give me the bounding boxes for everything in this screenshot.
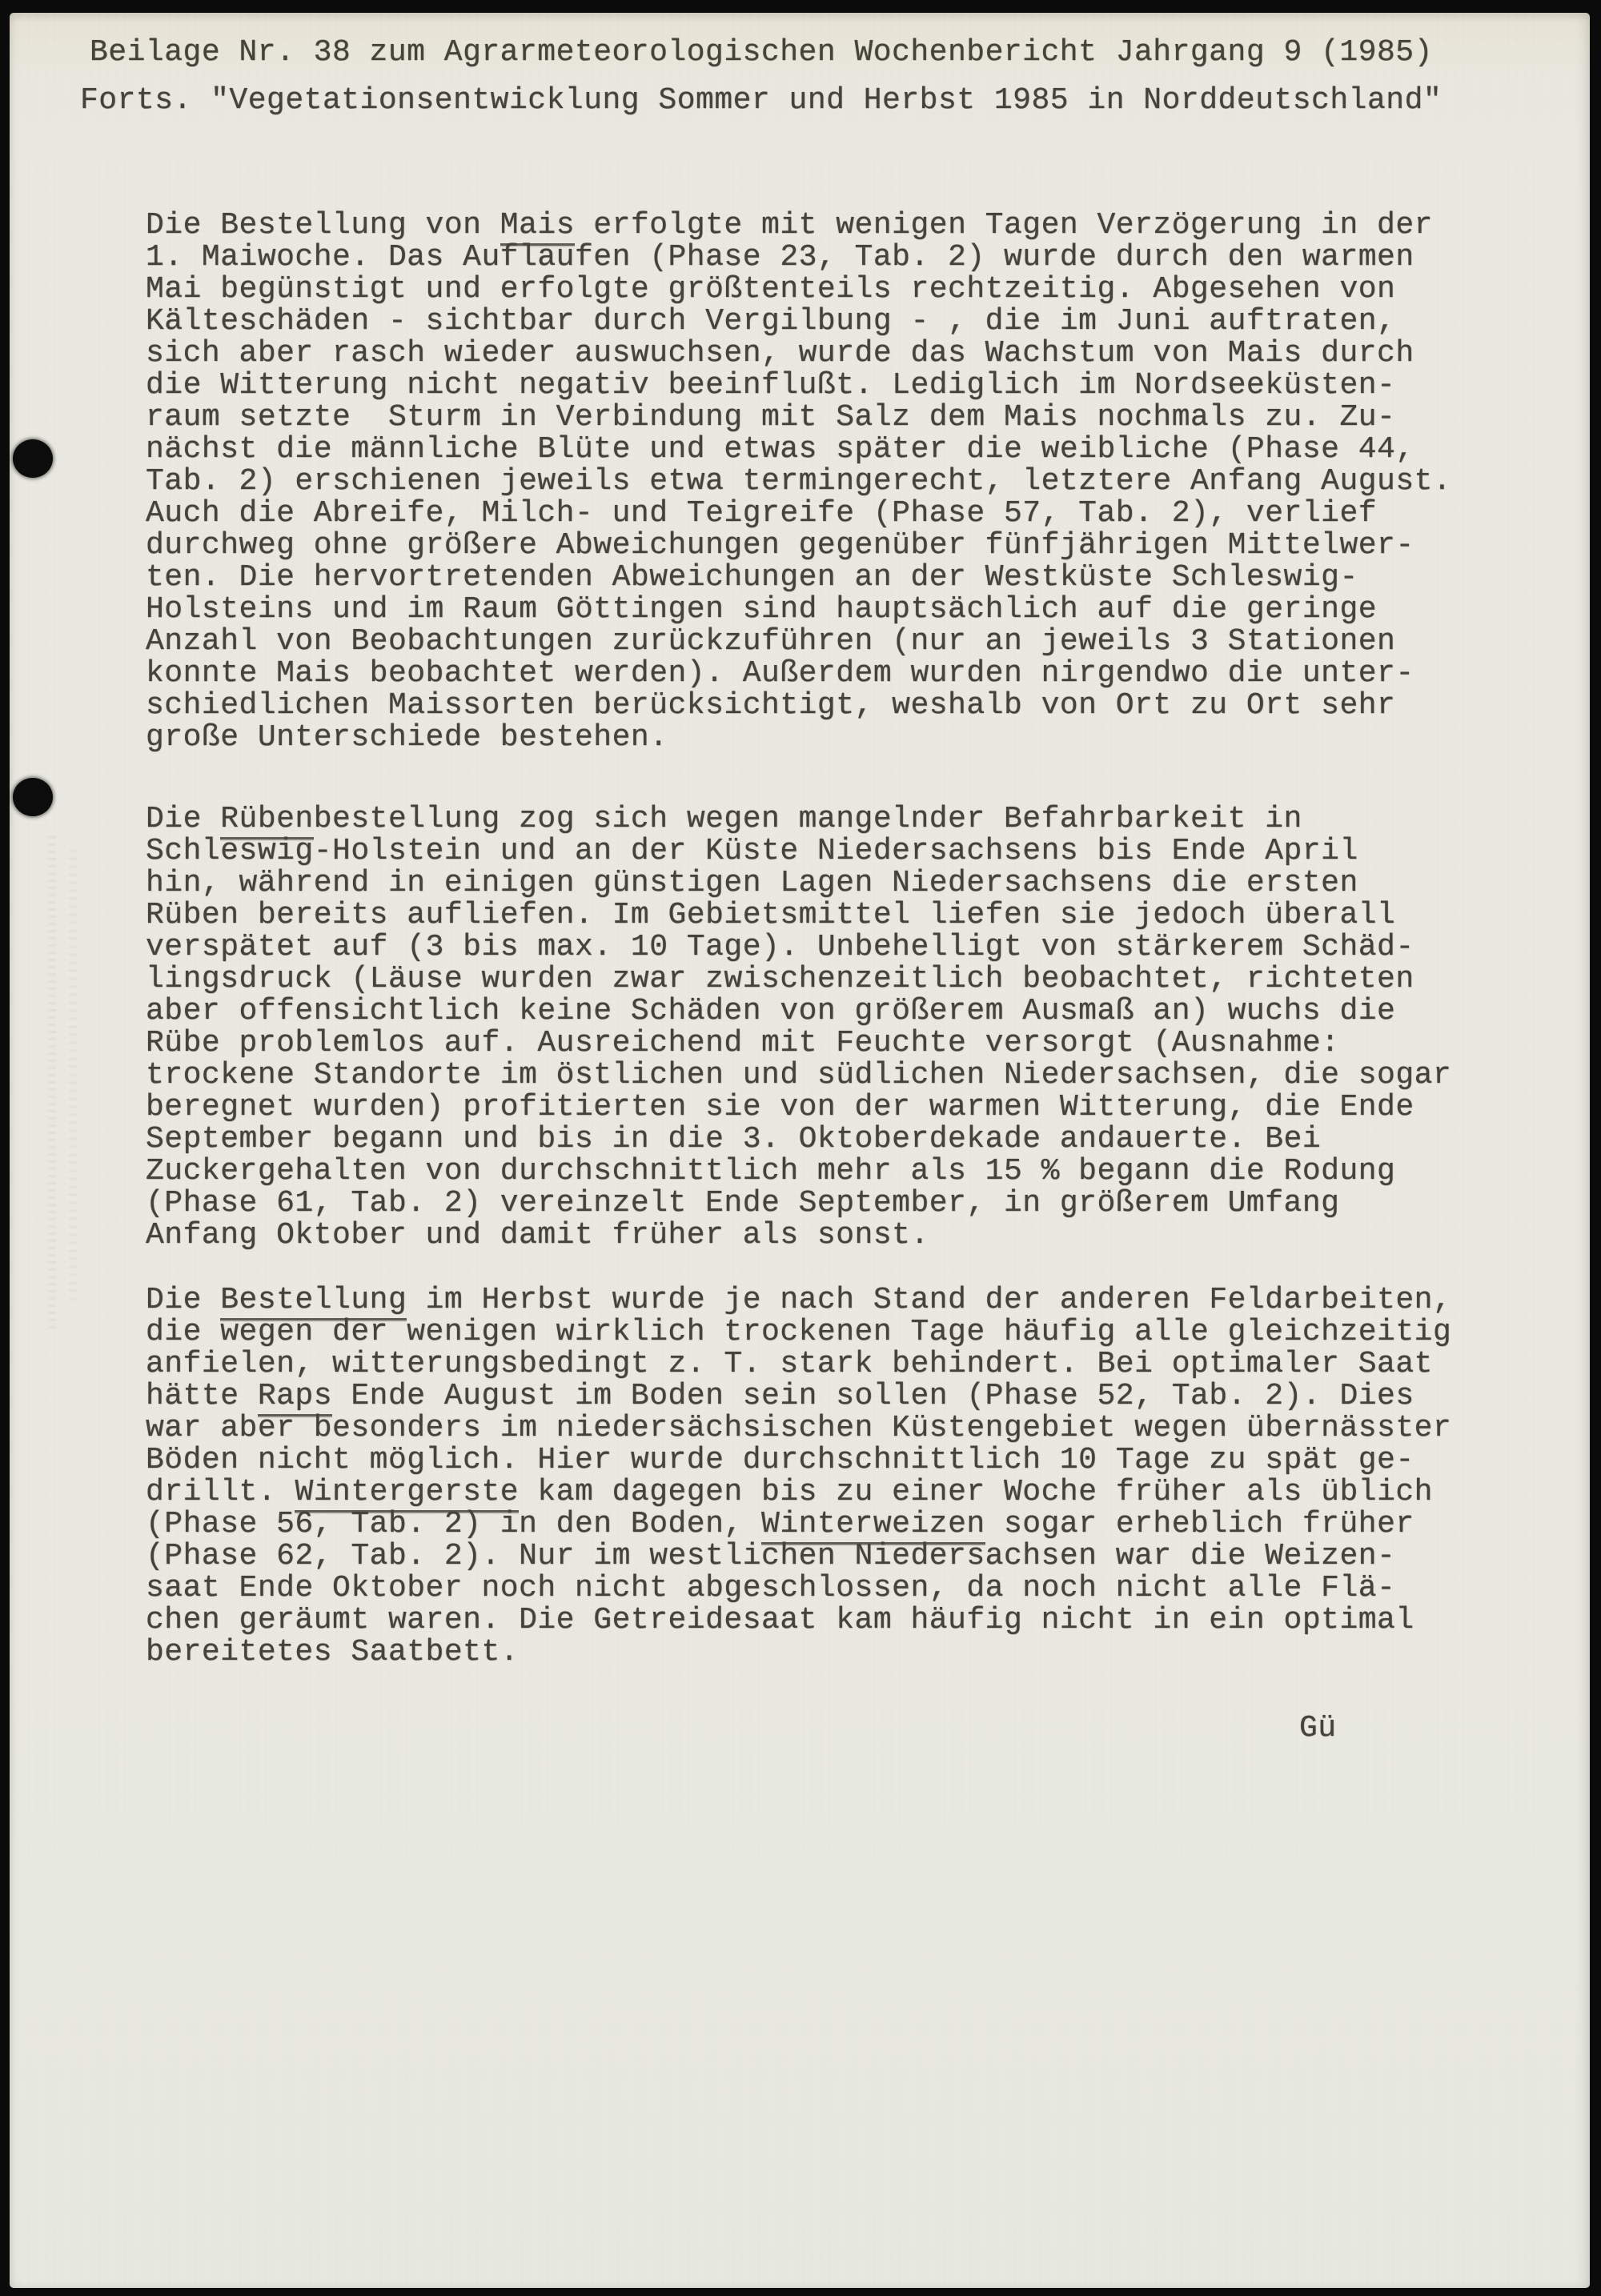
scanned-page: Beilage Nr. 38 zum Agrarmeteorologischen… [10,13,1590,2288]
text-line: Zuckergehalten von durchschnittlich mehr… [146,1156,1451,1188]
bleed-through-smudge [42,832,96,1328]
text-line: drillt. Wintergerste kam dagegen bis zu … [146,1477,1451,1509]
text-line: trockene Standorte im östlichen und südl… [146,1060,1451,1092]
text-segment: Mai begünstigt und erfolgte größtenteils… [146,272,1395,307]
text-line: Die Bestellung von Mais erfolgte mit wen… [146,210,1451,242]
text-line: chen geräumt waren. Die Getreidesaat kam… [146,1605,1451,1637]
text-segment: hin, während in einigen günstigen Lagen … [146,866,1358,900]
text-line: anfielen, witterungsbedingt z. T. stark … [146,1348,1451,1380]
text-segment: sogar erheblich früher [985,1507,1414,1541]
text-segment: Rübe problemlos auf. Ausreichend mit Feu… [146,1026,1339,1060]
text-line: die Witterung nicht negativ beeinflußt. … [146,370,1451,402]
text-segment: (Phase 56, Tab. 2) in den Boden, [146,1507,761,1541]
document-title: Beilage Nr. 38 zum Agrarmeteorologischen… [90,37,1433,69]
text-segment: trockene Standorte im östlichen und südl… [146,1058,1451,1092]
text-segment: nächst die männliche Blüte und etwas spä… [146,432,1414,467]
text-line: Anzahl von Beobachtungen zurückzuführen … [146,626,1451,658]
text-line: (Phase 62, Tab. 2). Nur im westlichen Ni… [146,1541,1451,1573]
text-line: Rüben bereits aufliefen. Im Gebietsmitte… [146,900,1451,932]
text-line: beregnet wurden) profitierten sie von de… [146,1092,1451,1124]
text-segment: Auch die Abreife, Milch- und Teigreife (… [146,496,1377,531]
paragraph: Die Bestellung im Herbst wurde je nach S… [146,1284,1451,1669]
text-segment: saat Ende Oktober noch nicht abgeschloss… [146,1571,1395,1605]
text-line: Schleswig-Holstein und an der Küste Nied… [146,835,1451,868]
text-line: große Unterschiede bestehen. [146,722,1451,754]
hole-punch-bottom [13,778,53,816]
text-line: die wegen der wenigen wirklich trockenen… [146,1316,1451,1348]
text-segment: aber offensichtlich keine Schäden von gr… [146,994,1395,1028]
text-segment: Ende August im Boden sein sollen (Phase … [332,1379,1414,1413]
text-line: schiedlichen Maissorten berücksichtigt, … [146,690,1451,722]
text-segment: erfolgte mit wenigen Tagen Verzögerung i… [575,208,1433,242]
text-line: Die Bestellung im Herbst wurde je nach S… [146,1284,1451,1316]
text-line: hin, während in einigen günstigen Lagen … [146,868,1451,900]
document-subtitle: Forts. "Vegetationsentwicklung Sommer un… [80,85,1442,117]
text-segment: große Unterschiede bestehen. [146,720,668,755]
text-segment: Die Bestellung von [146,208,500,242]
text-line: Kälteschäden - sichtbar durch Vergilbung… [146,306,1451,338]
text-line: 1. Maiwoche. Das Auflaufen (Phase 23, Ta… [146,242,1451,274]
text-line: September begann und bis in die 3. Oktob… [146,1124,1451,1156]
text-line: bereitetes Saatbett. [146,1637,1451,1669]
text-line: verspätet auf (3 bis max. 10 Tage). Unbe… [146,932,1451,964]
text-line: Die Rübenbestellung zog sich wegen mange… [146,803,1451,835]
text-segment: die Witterung nicht negativ beeinflußt. … [146,368,1395,403]
text-segment: (Phase 61, Tab. 2) vereinzelt Ende Septe… [146,1186,1339,1220]
text-line: sich aber rasch wieder auswuchsen, wurde… [146,338,1451,370]
text-segment: beregnet wurden) profitierten sie von de… [146,1090,1414,1124]
text-segment: kam dagegen bis zu einer Woche früher al… [519,1475,1433,1509]
text-line: Tab. 2) erschienen jeweils etwa terminge… [146,466,1451,498]
text-segment: war aber besonders im niedersächsischen … [146,1411,1451,1445]
text-segment: raum setzte Sturm in Verbindung mit Salz… [146,400,1395,435]
text-segment: hätte [146,1379,258,1413]
text-segment: die wegen der wenigen wirklich trockenen… [146,1315,1451,1349]
text-segment: Rüben bereits aufliefen. Im Gebietsmitte… [146,898,1395,932]
text-line: saat Ende Oktober noch nicht abgeschloss… [146,1573,1451,1605]
text-segment: Die [146,802,220,836]
text-segment: Schleswig-Holstein und an der Küste Nied… [146,834,1358,868]
text-line: Auch die Abreife, Milch- und Teigreife (… [146,498,1451,530]
text-segment: chen geräumt waren. Die Getreidesaat kam… [146,1603,1414,1637]
text-line: Böden nicht möglich. Hier wurde durchsch… [146,1445,1451,1477]
hole-punch-top [13,439,53,478]
text-segment: durchweg ohne größere Abweichungen gegen… [146,528,1414,563]
text-segment: verspätet auf (3 bis max. 10 Tage). Unbe… [146,930,1414,964]
text-segment: konnte Mais beobachtet werden). Außerdem… [146,656,1414,691]
text-line: (Phase 56, Tab. 2) in den Boden, Winterw… [146,1509,1451,1541]
text-segment: Anfang Oktober und damit früher als sons… [146,1218,929,1252]
text-line: raum setzte Sturm in Verbindung mit Salz… [146,402,1451,434]
text-segment: sich aber rasch wieder auswuchsen, wurde… [146,336,1414,371]
text-line: Holsteins und im Raum Göttingen sind hau… [146,594,1451,626]
text-segment: Holsteins und im Raum Göttingen sind hau… [146,592,1377,627]
text-segment: Anzahl von Beobachtungen zurückzuführen … [146,624,1395,659]
text-segment: bestellung zog sich wegen mangelnder Bef… [314,802,1302,836]
text-line: konnte Mais beobachtet werden). Außerdem… [146,658,1451,690]
text-segment: bereitetes Saatbett. [146,1635,519,1669]
text-line: lingsdruck (Läuse wurden zwar zwischenze… [146,964,1451,996]
text-line: hätte Raps Ende August im Boden sein sol… [146,1380,1451,1412]
text-segment: drillt. [146,1475,295,1509]
text-line: durchweg ohne größere Abweichungen gegen… [146,530,1451,562]
text-line: Mai begünstigt und erfolgte größtenteils… [146,274,1451,306]
text-line: Anfang Oktober und damit früher als sons… [146,1220,1451,1252]
text-line: ten. Die hervortretenden Abweichungen an… [146,562,1451,594]
text-line: (Phase 61, Tab. 2) vereinzelt Ende Septe… [146,1188,1451,1220]
text-segment: Zuckergehalten von durchschnittlich mehr… [146,1154,1395,1188]
text-segment: Kälteschäden - sichtbar durch Vergilbung… [146,304,1395,339]
text-segment: ten. Die hervortretenden Abweichungen an… [146,560,1358,595]
text-segment: lingsdruck (Läuse wurden zwar zwischenze… [146,962,1414,996]
text-segment: 1. Maiwoche. Das Auflaufen (Phase 23, Ta… [146,240,1414,274]
text-segment: September begann und bis in die 3. Oktob… [146,1122,1321,1156]
text-line: war aber besonders im niedersächsischen … [146,1412,1451,1445]
paragraph: Die Rübenbestellung zog sich wegen mange… [146,803,1451,1252]
text-line: aber offensichtlich keine Schäden von gr… [146,996,1451,1028]
text-segment: anfielen, witterungsbedingt z. T. stark … [146,1347,1433,1381]
text-segment: schiedlichen Maissorten berücksichtigt, … [146,688,1395,723]
text-line: nächst die männliche Blüte und etwas spä… [146,434,1451,466]
text-segment: (Phase 62, Tab. 2). Nur im westlichen Ni… [146,1539,1395,1573]
text-segment: Die [146,1283,220,1317]
author-initials: Gü [1299,1713,1337,1745]
text-segment: Tab. 2) erschienen jeweils etwa terminge… [146,464,1451,499]
paragraph: Die Bestellung von Mais erfolgte mit wen… [146,210,1451,754]
text-segment: im Herbst wurde je nach Stand der andere… [407,1283,1451,1317]
text-segment: Böden nicht möglich. Hier wurde durchsch… [146,1443,1414,1477]
text-line: Rübe problemlos auf. Ausreichend mit Feu… [146,1028,1451,1060]
